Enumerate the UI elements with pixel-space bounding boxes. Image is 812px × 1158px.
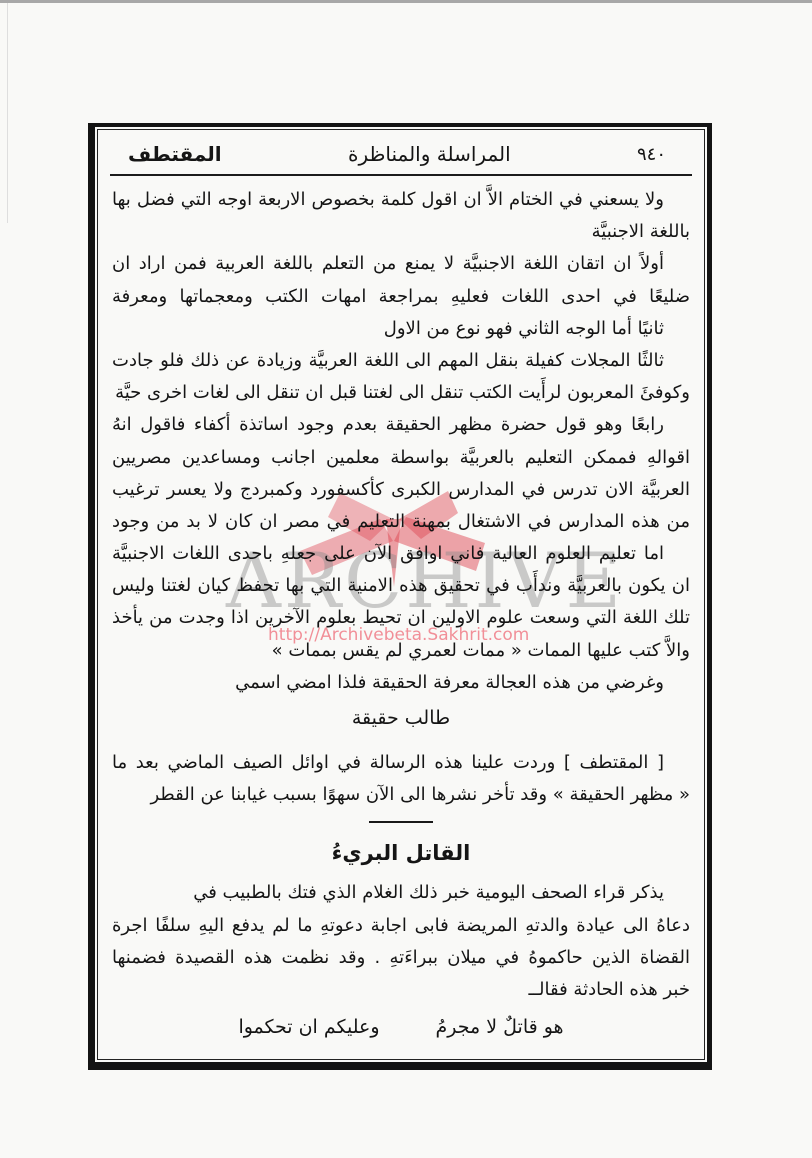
text-line: ثالثًا المجلات كفيلة بنقل المهم الى اللغ… (112, 345, 690, 377)
page-content: ٩٤٠ المراسلة والمناظرة المقتطف ولا يسعني… (97, 129, 705, 1060)
text-line: اما تعليم العلوم العالية فاني اوافق الآن… (112, 538, 690, 570)
text-line: « مظهر الحقيقة » وقد تأخر نشرها الى الآن… (112, 779, 690, 811)
text-line: القضاة الذين حاكموهُ في ميلان ببراءَتهِ … (112, 942, 690, 974)
verse-second-hemistich: وعليكم ان تحكموا (238, 1010, 379, 1044)
text-line: يذكر قراء الصحف اليومية خبر ذلك الغلام ا… (112, 877, 690, 909)
article-heading: القاتل البريءُ (108, 831, 694, 875)
letter-body: ولا يسعني في الختام الاَّ ان اقول كلمة ب… (108, 176, 694, 699)
text-line: ولا يسعني في الختام الاَّ ان اقول كلمة ب… (112, 184, 690, 216)
text-line: من هذه المدارس في الاشتغال بمهنة التعليم… (112, 506, 690, 538)
text-line: ان يكون بالعربيَّة وندأَب في تحقيق هذه ا… (112, 570, 690, 602)
editor-note: [ المقتطف ] وردت علينا هذه الرسالة في او… (108, 739, 694, 811)
section-title: المراسلة والمناظرة (348, 142, 511, 166)
page-frame: ٩٤٠ المراسلة والمناظرة المقتطف ولا يسعني… (88, 123, 712, 1070)
text-line: تلك اللغة التي وسعت علوم الاولين ان تحيط… (112, 602, 690, 634)
journal-title: المقتطف (128, 142, 222, 166)
text-line: اقوالهِ فممكن التعليم بالعربيَّة بواسطة … (112, 442, 690, 474)
text-line: وغرضي من هذه العجالة معرفة الحقيقة فلذا … (112, 667, 690, 699)
article-body: يذكر قراء الصحف اليومية خبر ذلك الغلام ا… (108, 875, 694, 1006)
verse-first-hemistich: هو قاتلٌ لا مجرمُ (436, 1010, 564, 1044)
text-line: دعاهُ الى عيادة والدتهِ المريضة فابى اجا… (112, 910, 690, 942)
page-number: ٩٤٠ (637, 144, 666, 165)
text-line: خبر هذه الحادثة فقالــ (112, 974, 690, 1006)
verse-line: هو قاتلٌ لا مجرمُ وعليكم ان تحكموا (108, 1010, 694, 1044)
text-line: وكوفئَ المعربون لرأَيت الكتب تنقل الى لغ… (112, 377, 690, 409)
scan-top-edge (0, 0, 812, 3)
section-divider (369, 821, 433, 823)
text-line: رابعًا وهو قول حضرة مظهر الحقيقة بعدم وج… (112, 409, 690, 441)
letter-signature: طالب حقيقة (108, 701, 694, 735)
text-line: والاَّ كتب عليها الممات « ممات لعمري لم … (112, 635, 690, 667)
running-header: ٩٤٠ المراسلة والمناظرة المقتطف (108, 134, 694, 172)
text-line: العربيَّة الان تدرس في المدارس الكبرى كأ… (112, 474, 690, 506)
scan-left-edge (7, 3, 8, 223)
text-line: [ المقتطف ] وردت علينا هذه الرسالة في او… (112, 747, 690, 779)
text-line: باللغة الاجنبيَّة (112, 216, 690, 248)
scanned-page: { "colors": { "paper": "#f9f9f7", "ink":… (0, 0, 812, 1158)
text-line: ثانيًا أما الوجه الثاني فهو نوع من الاول (112, 313, 690, 345)
text-line: ضليعًا في احدى اللغات فعليهِ بمراجعة امه… (112, 281, 690, 313)
text-line: أولاً ان اتقان اللغة الاجنبيَّة لا يمنع … (112, 248, 690, 280)
